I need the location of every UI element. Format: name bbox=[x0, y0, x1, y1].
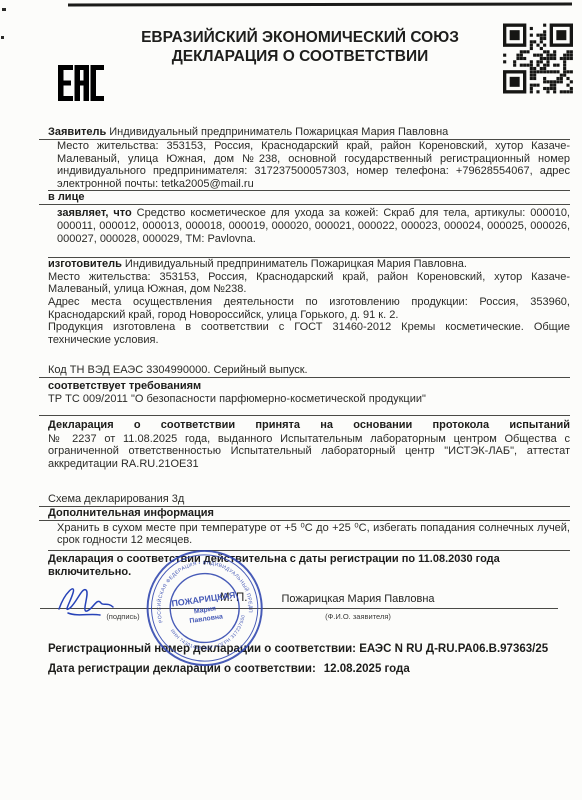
scan-speck bbox=[2, 8, 6, 11]
applicant-fio: Пожарицкая Мария Павловна bbox=[258, 593, 458, 606]
manufacturer-heading: изготовитель Индивидуальный предпринимат… bbox=[48, 258, 570, 271]
applicant-details: Место жительства: 353153, Россия, Красно… bbox=[48, 140, 570, 191]
applicant-name: Индивидуальный предприниматель Пожарицка… bbox=[106, 126, 448, 138]
complies-heading: соответствует требованиям bbox=[48, 378, 570, 393]
validity-statement: Декларация о соответствии действительна … bbox=[48, 551, 570, 580]
manufacturer-label: изготовитель bbox=[48, 258, 122, 270]
declaration-scheme: Схема декларирования 3д bbox=[39, 493, 570, 507]
validity-line-2: включительно. bbox=[48, 566, 570, 580]
document-body: Заявитель Индивидуальный предприниматель… bbox=[48, 0, 570, 676]
declaration-page: ЕВРАЗИЙСКИЙ ЭКОНОМИЧЕСКИЙ СОЮЗ ДЕКЛАРАЦИ… bbox=[0, 0, 582, 800]
basis-heading: Декларация о соответствии принята на осн… bbox=[48, 416, 570, 433]
applicant-label: Заявитель bbox=[48, 126, 106, 138]
manufacturer-activity-address: Адрес места осуществления деятельности п… bbox=[48, 296, 570, 321]
manufacturer-name: Индивидуальный предприниматель Пожарицка… bbox=[122, 258, 467, 270]
tnved-code-line: Код ТН ВЭД ЕАЭС 3304990000. Серийный вып… bbox=[39, 364, 570, 378]
basis-text: № 2237 от 11.08.2025 года, выданного Исп… bbox=[48, 433, 570, 471]
manufacturer-residence: Место жительства: 353153, Россия, Красно… bbox=[48, 271, 570, 296]
additional-info-heading: Дополнительная информация bbox=[39, 507, 570, 521]
signature-block: (подпись) М. П. Пожарицкая Мария Павловн… bbox=[48, 580, 570, 642]
in-person-label: в лице bbox=[39, 191, 570, 205]
section-applicant-heading: Заявитель Индивидуальный предприниматель… bbox=[39, 126, 570, 140]
declares-text: Средство косметическое для ухода за коже… bbox=[57, 207, 570, 244]
round-stamp: РОССИЙСКАЯ ФЕДЕРАЦИЯ • ИНДИВИДУАЛЬНЫЙ ПР… bbox=[136, 539, 274, 682]
fio-caption: (Ф.И.О. заявителя) bbox=[258, 611, 458, 624]
declares-paragraph: заявляет, что Средство косметическое для… bbox=[48, 205, 570, 258]
storage-conditions: Хранить в сухом месте при температуре от… bbox=[48, 521, 570, 551]
reg-number-value: ЕАЭС N RU Д-RU.РА06.В.97363/25 bbox=[356, 643, 548, 655]
registration-date-line: Дата регистрации декларации о соответств… bbox=[48, 662, 570, 676]
validity-line-1: Декларация о соответствии действительна … bbox=[48, 553, 570, 567]
stamp-center-surname: ПОЖАРИЦКАЯ bbox=[171, 590, 236, 609]
complies-regulation: ТР ТС 009/2011 "О безопасности парфюмерн… bbox=[39, 393, 570, 416]
declares-label: заявляет, что bbox=[57, 207, 132, 219]
scan-speck bbox=[1, 36, 4, 39]
manufacturer-gost: Продукция изготовлена в соответствии с Г… bbox=[48, 321, 570, 346]
registration-number-line: Регистрационный номер декларации о соотв… bbox=[48, 642, 570, 656]
reg-date-value: 12.08.2025 года bbox=[324, 663, 410, 675]
